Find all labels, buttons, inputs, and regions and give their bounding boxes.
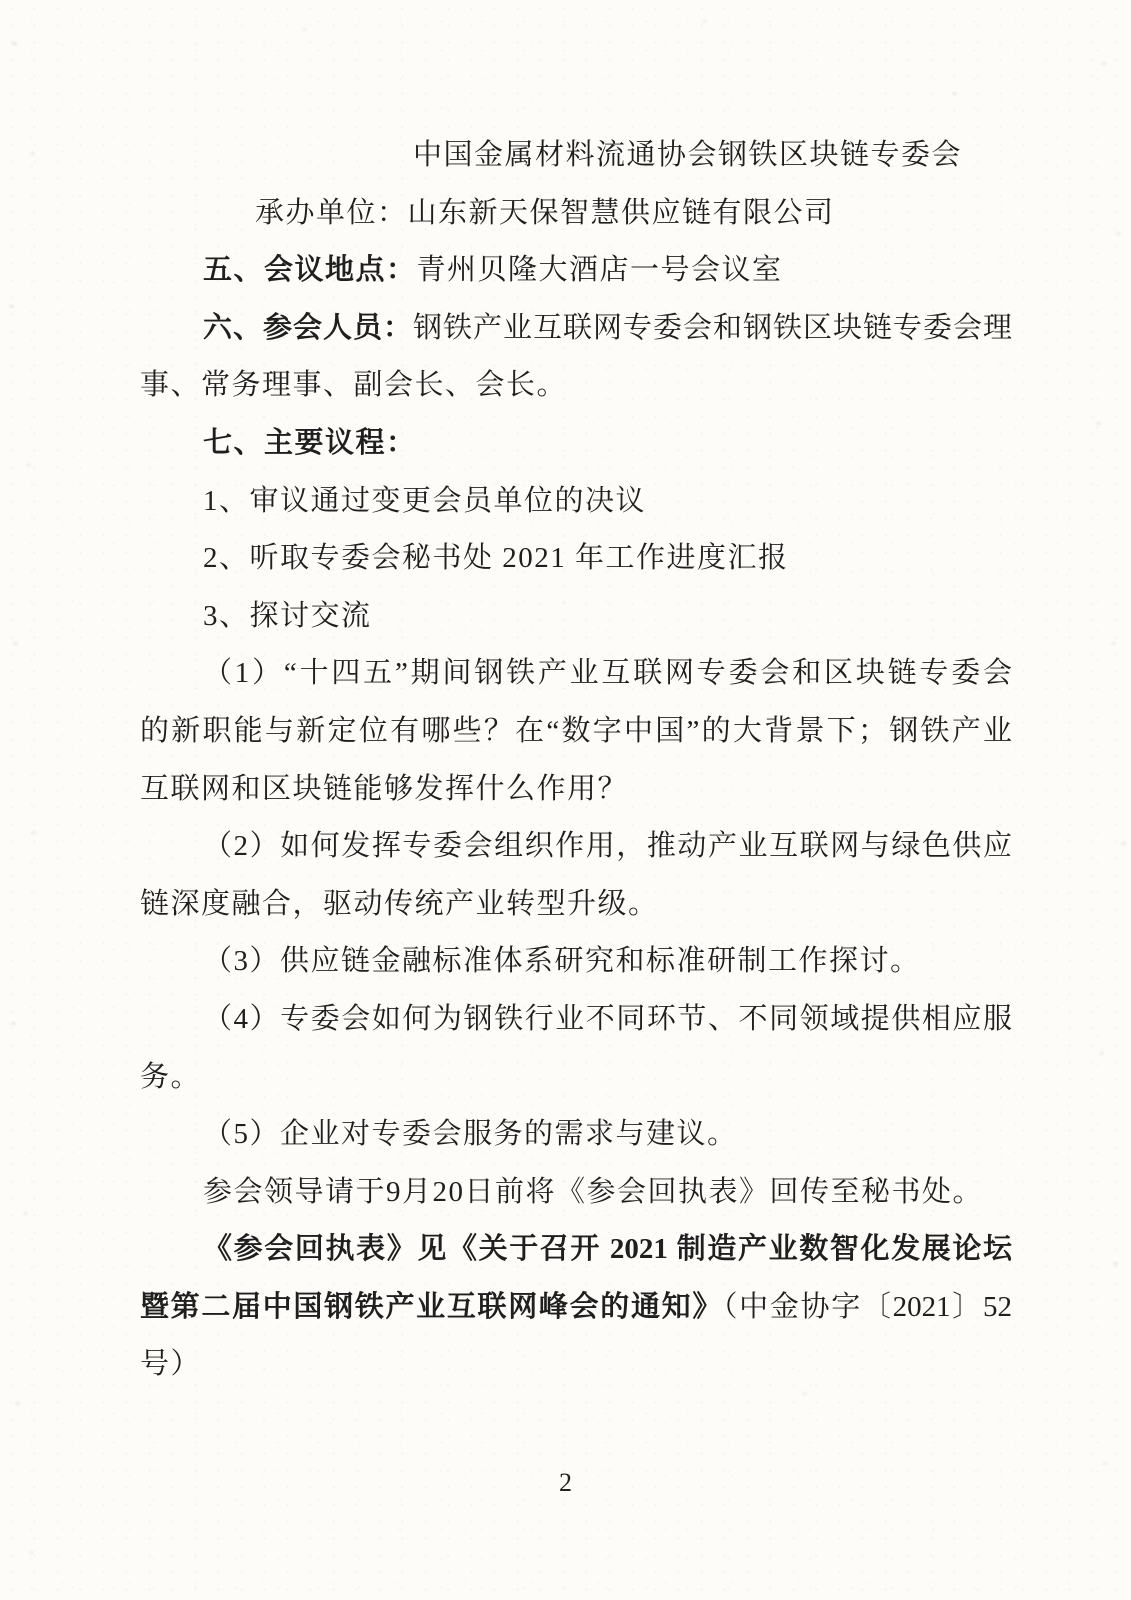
text-line: 号） <box>140 1336 1012 1394</box>
text-line: 暨第二届中国钢铁产业互联网峰会的通知》（中金协字〔2021〕52 <box>140 1279 1012 1337</box>
text-line: 七、主要议程： <box>140 415 1012 473</box>
text-segment: 中国金属材料流通协会钢铁区块链专委会 <box>413 139 962 171</box>
text-line: 五、会议地点：青州贝隆大酒店一号会议室 <box>140 242 1012 300</box>
text-line: （3）供应链金融标准体系研究和标准研制工作探讨。 <box>140 933 1012 991</box>
text-segment: （中金协字〔2021〕52 <box>723 1291 1012 1323</box>
bold-text-segment: 暨第二届中国钢铁产业互联网峰会的通知》 <box>140 1291 723 1323</box>
text-segment: （5）企业对专委会服务的需求与建议。 <box>203 1118 738 1150</box>
text-segment: 互联网和区块链能够发挥什么作用？ <box>140 773 628 805</box>
text-segment: 的新职能与新定位有哪些？在“数字中国”的大背景下；钢铁产业 <box>140 715 1012 747</box>
bold-text-segment: 五、会议地点： <box>203 254 417 286</box>
text-segment: 1、审议通过变更会员单位的决议 <box>203 485 646 517</box>
text-segment: 钢铁产业互联网专委会和钢铁区块链专委会理 <box>413 312 1012 344</box>
text-line: 务。 <box>140 1049 1012 1107</box>
text-segment: 事、常务理事、副会长、会长。 <box>140 369 567 401</box>
text-line: 中国金属材料流通协会钢铁区块链专委会 <box>140 127 1012 185</box>
text-line: 链深度融合，驱动传统产业转型升级。 <box>140 876 1012 934</box>
text-segment: 链深度融合，驱动传统产业转型升级。 <box>140 888 659 920</box>
bold-text-segment: 六、参会人员： <box>203 312 413 344</box>
text-segment: （1）“十四五”期间钢铁产业互联网专委会和区块链专委会 <box>203 657 1012 689</box>
text-segment: 承办单位：山东新天保智慧供应链有限公司 <box>255 197 835 229</box>
text-line: （2）如何发挥专委会组织作用，推动产业互联网与绿色供应 <box>140 818 1012 876</box>
text-line: 互联网和区块链能够发挥什么作用？ <box>140 761 1012 819</box>
text-line: 事、常务理事、副会长、会长。 <box>140 357 1012 415</box>
bold-text-segment: 《参会回执表》见《关于召开 2021 制造产业数智化发展论坛 <box>203 1233 1012 1265</box>
text-line: （5）企业对专委会服务的需求与建议。 <box>140 1106 1012 1164</box>
text-segment: （3）供应链金融标准体系研究和标准研制工作探讨。 <box>203 945 921 977</box>
text-segment: 2、听取专委会秘书处 2021 年工作进度汇报 <box>203 542 789 574</box>
text-segment: （4）专委会如何为钢铁行业不同环节、不同领域提供相应服 <box>203 1003 1012 1035</box>
text-segment: （2）如何发挥专委会组织作用，推动产业互联网与绿色供应 <box>203 830 1012 862</box>
document-body: 中国金属材料流通协会钢铁区块链专委会 承办单位：山东新天保智慧供应链有限公司 五… <box>140 127 1012 1394</box>
text-line: （1）“十四五”期间钢铁产业互联网专委会和区块链专委会 <box>140 645 1012 703</box>
text-line: 六、参会人员：钢铁产业互联网专委会和钢铁区块链专委会理 <box>140 300 1012 358</box>
text-line: 1、审议通过变更会员单位的决议 <box>140 473 1012 531</box>
bold-text-segment: 七、主要议程： <box>203 427 417 459</box>
text-line: 的新职能与新定位有哪些？在“数字中国”的大背景下；钢铁产业 <box>140 703 1012 761</box>
page-number: 2 <box>0 1468 1131 1498</box>
scanned-document-page: 中国金属材料流通协会钢铁区块链专委会 承办单位：山东新天保智慧供应链有限公司 五… <box>0 0 1131 1600</box>
text-line: 2、听取专委会秘书处 2021 年工作进度汇报 <box>140 530 1012 588</box>
text-segment: 青州贝隆大酒店一号会议室 <box>417 254 783 286</box>
scan-edge-marks <box>0 0 5 3</box>
text-line: 3、探讨交流 <box>140 588 1012 646</box>
text-line: 《参会回执表》见《关于召开 2021 制造产业数智化发展论坛 <box>140 1221 1012 1279</box>
text-segment: 号） <box>140 1348 201 1380</box>
text-line: 参会领导请于9月20日前将《参会回执表》回传至秘书处。 <box>140 1164 1012 1222</box>
text-line: 承办单位：山东新天保智慧供应链有限公司 <box>140 185 1012 243</box>
text-line: （4）专委会如何为钢铁行业不同环节、不同领域提供相应服 <box>140 991 1012 1049</box>
text-segment: 务。 <box>140 1061 201 1093</box>
text-segment: 3、探讨交流 <box>203 600 372 632</box>
text-segment: 参会领导请于9月20日前将《参会回执表》回传至秘书处。 <box>203 1176 983 1208</box>
